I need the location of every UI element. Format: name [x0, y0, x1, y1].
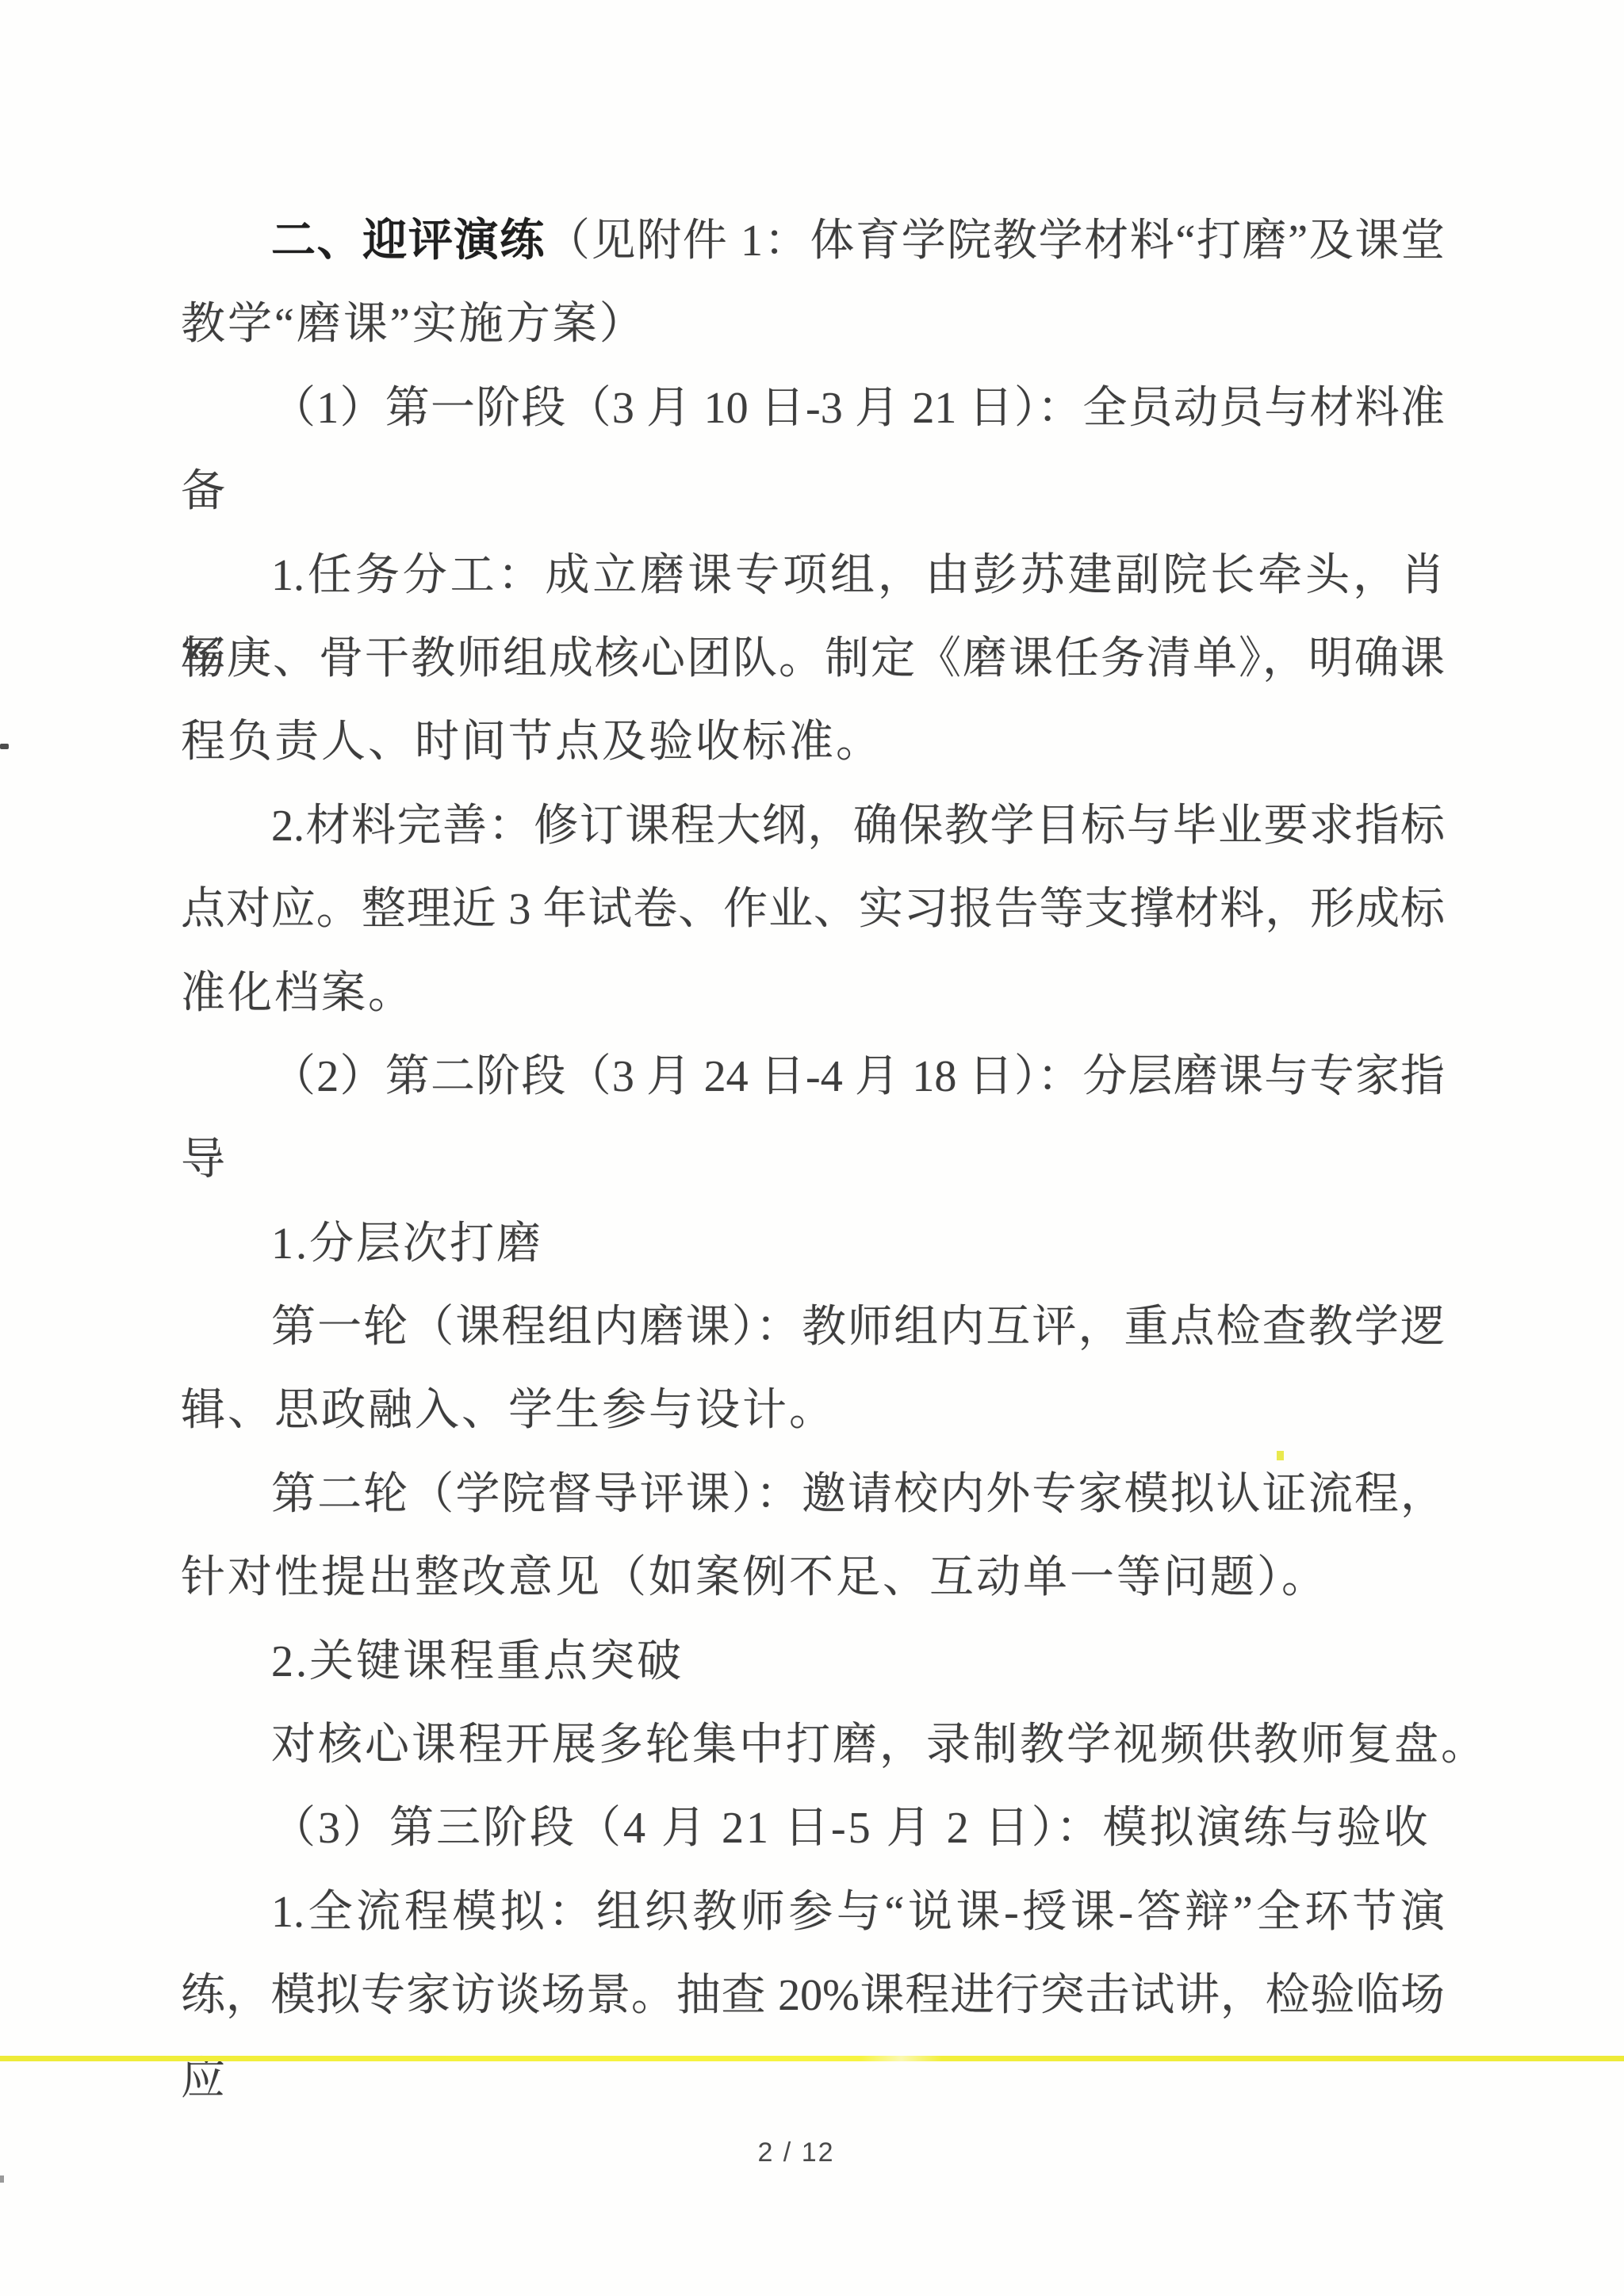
text-line: 2.关键课程重点突破 [181, 1621, 1445, 1704]
scan-artifact-smudge [0, 2175, 4, 2183]
text-line: 第二轮（学院督导评课）：邀请校内外专家模拟认证流程， [181, 1453, 1445, 1536]
text-line: 针对性提出整改意见（如案例不足、互动单一等问题）。 [181, 1536, 1445, 1620]
text-line: （2）第二阶段（3 月 24 日-4 月 18 日）：分层磨课与专家指 [181, 1035, 1445, 1119]
text-line: 辑、思政融入、学生参与设计。 [181, 1369, 1445, 1452]
text-line: 1.任务分工：成立磨课专项组，由彭苏建副院长牵头，肖军、 [181, 534, 1445, 618]
text-line: 备 [181, 450, 1445, 534]
text-line: 教学“磨课”实施方案） [181, 283, 1445, 366]
text-line: 1.分层次打磨 [181, 1203, 1445, 1286]
text-line: 对核心课程开展多轮集中打磨，录制教学视频供教师复盘。 [181, 1704, 1445, 1787]
scan-artifact-yellow-tick [1277, 1451, 1284, 1460]
text-line: （1）第一阶段（3 月 10 日-3 月 21 日）：全员动员与材料准 [181, 367, 1445, 450]
text-line: 练，模拟专家访谈场景。抽查 20%课程进行突击试讲，检验临场应 [181, 1954, 1445, 2038]
heading-rest-text: （见附件 1：体育学院教学材料“打磨”及课堂 [546, 216, 1445, 266]
text-line: 第一轮（课程组内磨课）：教师组内互评，重点检查教学逻 [181, 1286, 1445, 1369]
scan-artifact-dash [0, 744, 9, 749]
text-line: 准化档案。 [181, 952, 1445, 1035]
heading-bold-text: 二、迎评演练 [271, 216, 546, 266]
heading-line: 二、迎评演练（见附件 1：体育学院教学材料“打磨”及课堂 [181, 200, 1445, 283]
document-page: 二、迎评演练（见附件 1：体育学院教学材料“打磨”及课堂 教学“磨课”实施方案）… [0, 0, 1624, 2296]
text-line: 点对应。整理近 3 年试卷、作业、实习报告等支撑材料，形成标 [181, 868, 1445, 951]
page-number: 2 / 12 [0, 2137, 1592, 2168]
text-line: 杨庚、骨干教师组成核心团队。制定《磨课任务清单》，明确课 [181, 618, 1445, 701]
text-line: 程负责人、时间节点及验收标准。 [181, 701, 1445, 784]
text-line: 2.材料完善：修订课程大纲，确保教学目标与毕业要求指标 [181, 785, 1445, 868]
text-line: 1.全流程模拟：组织教师参与“说课-授课-答辩”全环节演 [181, 1871, 1445, 1954]
highlight-line [0, 2056, 1624, 2061]
text-line: （3）第三阶段（4 月 21 日-5 月 2 日）：模拟演练与验收 [181, 1787, 1445, 1870]
document-body: 二、迎评演练（见附件 1：体育学院教学材料“打磨”及课堂 教学“磨课”实施方案）… [181, 200, 1445, 2038]
text-line: 导 [181, 1119, 1445, 1202]
